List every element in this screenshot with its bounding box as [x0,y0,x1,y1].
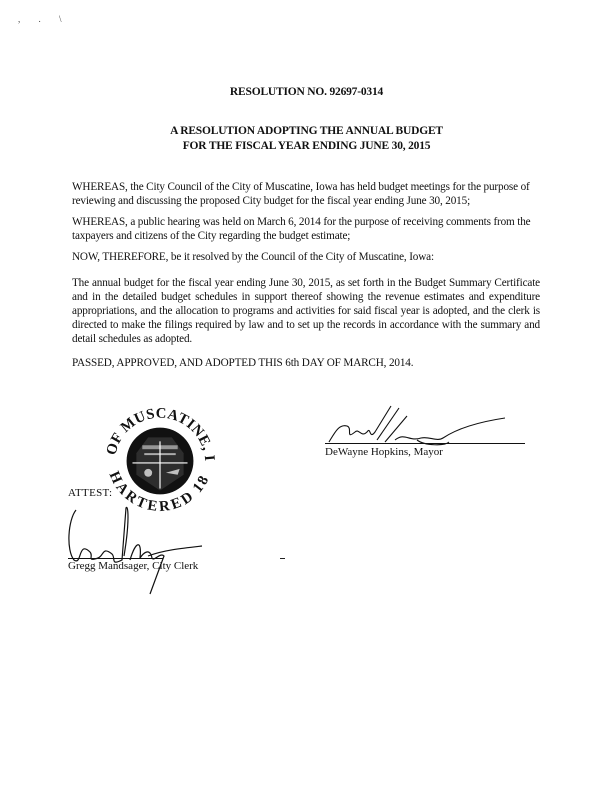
heading-line-2: FOR THE FISCAL YEAR ENDING JUNE 30, 2015 [0,139,613,154]
passed-statement: PASSED, APPROVED, AND ADOPTED THIS 6th D… [72,356,540,370]
heading-line-1: A RESOLUTION ADOPTING THE ANNUAL BUDGET [0,124,613,139]
mayor-signature-icon [325,402,505,452]
mayor-name: DeWayne Hopkins, Mayor [325,446,443,458]
scan-mark [280,558,285,559]
resolution-body-paragraph: The annual budget for the fiscal year en… [72,276,540,346]
resolution-heading: A RESOLUTION ADOPTING THE ANNUAL BUDGET … [0,124,613,154]
clerk-signature-icon [64,500,204,595]
scan-artifacts: , . \ [18,14,70,24]
clerk-name: Gregg Mandsager, City Clerk [68,560,198,572]
resolution-number: RESOLUTION NO. 92697-0314 [0,86,613,98]
mayor-signature-line [325,443,525,444]
attest-label: ATTEST: [68,487,112,499]
whereas-paragraph-1: WHEREAS, the City Council of the City of… [72,180,540,208]
clerk-signature-line [68,558,163,559]
therefore-paragraph: NOW, THEREFORE, be it resolved by the Co… [72,250,540,264]
whereas-paragraph-2: WHEREAS, a public hearing was held on Ma… [72,215,540,243]
